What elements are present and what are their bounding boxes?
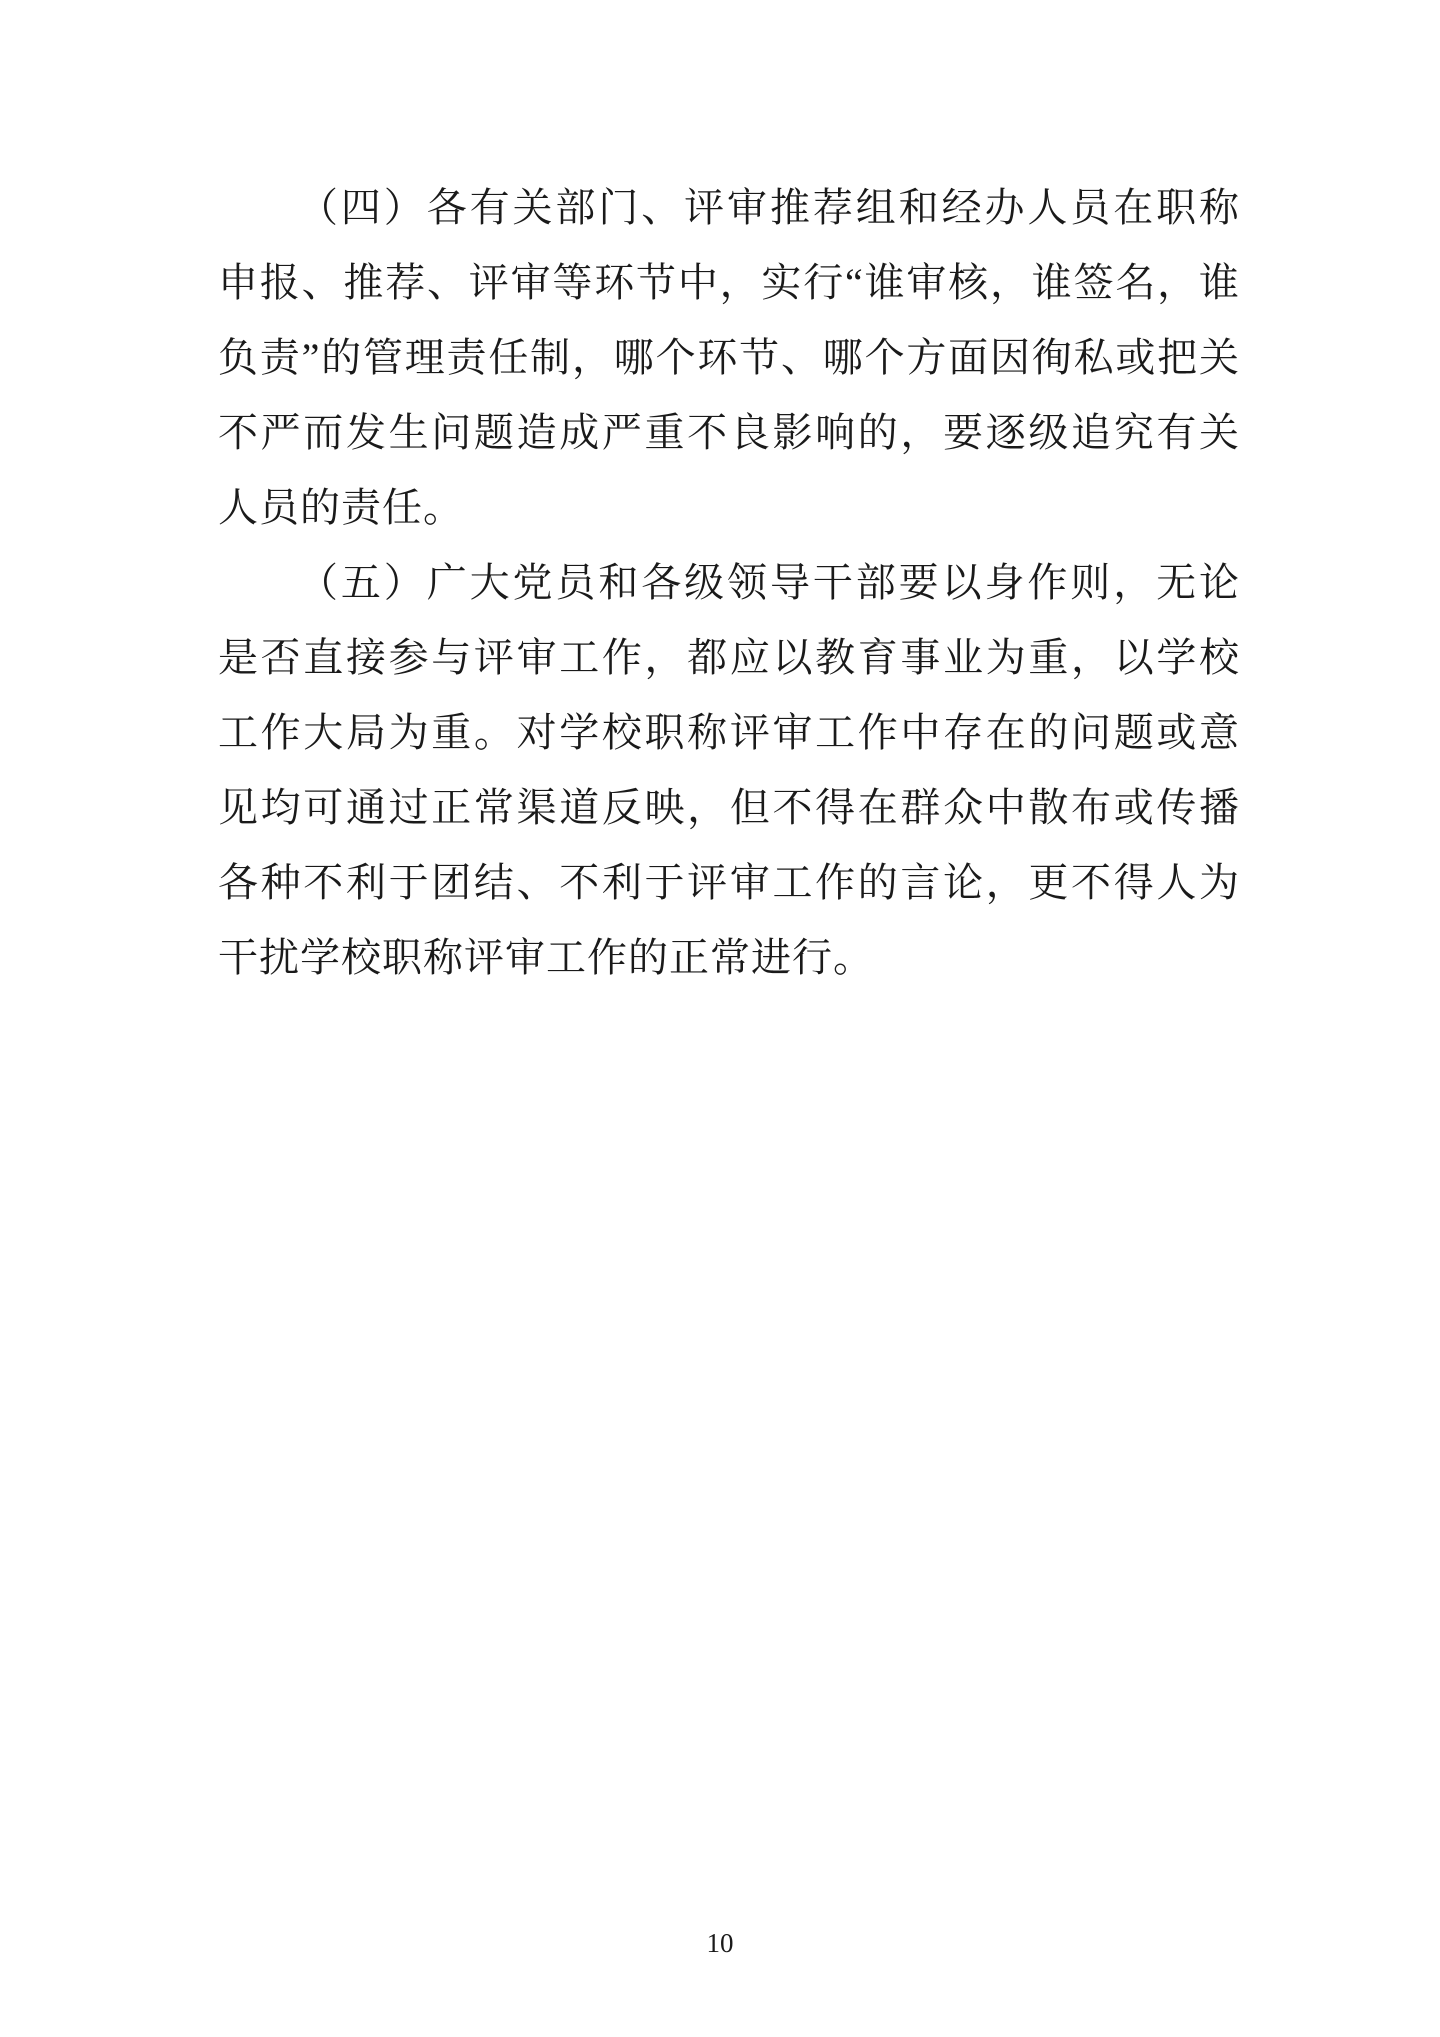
paragraph-item-4: （四）各有关部门、评审推荐组和经办人员在职称申报、推荐、评审等环节中，实行“谁审… xyxy=(218,170,1240,545)
page-number: 10 xyxy=(0,1928,1440,1959)
document-body: （四）各有关部门、评审推荐组和经办人员在职称申报、推荐、评审等环节中，实行“谁审… xyxy=(218,170,1240,995)
document-page: （四）各有关部门、评审推荐组和经办人员在职称申报、推荐、评审等环节中，实行“谁审… xyxy=(0,0,1440,2037)
paragraph-item-5: （五）广大党员和各级领导干部要以身作则，无论是否直接参与评审工作，都应以教育事业… xyxy=(218,545,1240,995)
